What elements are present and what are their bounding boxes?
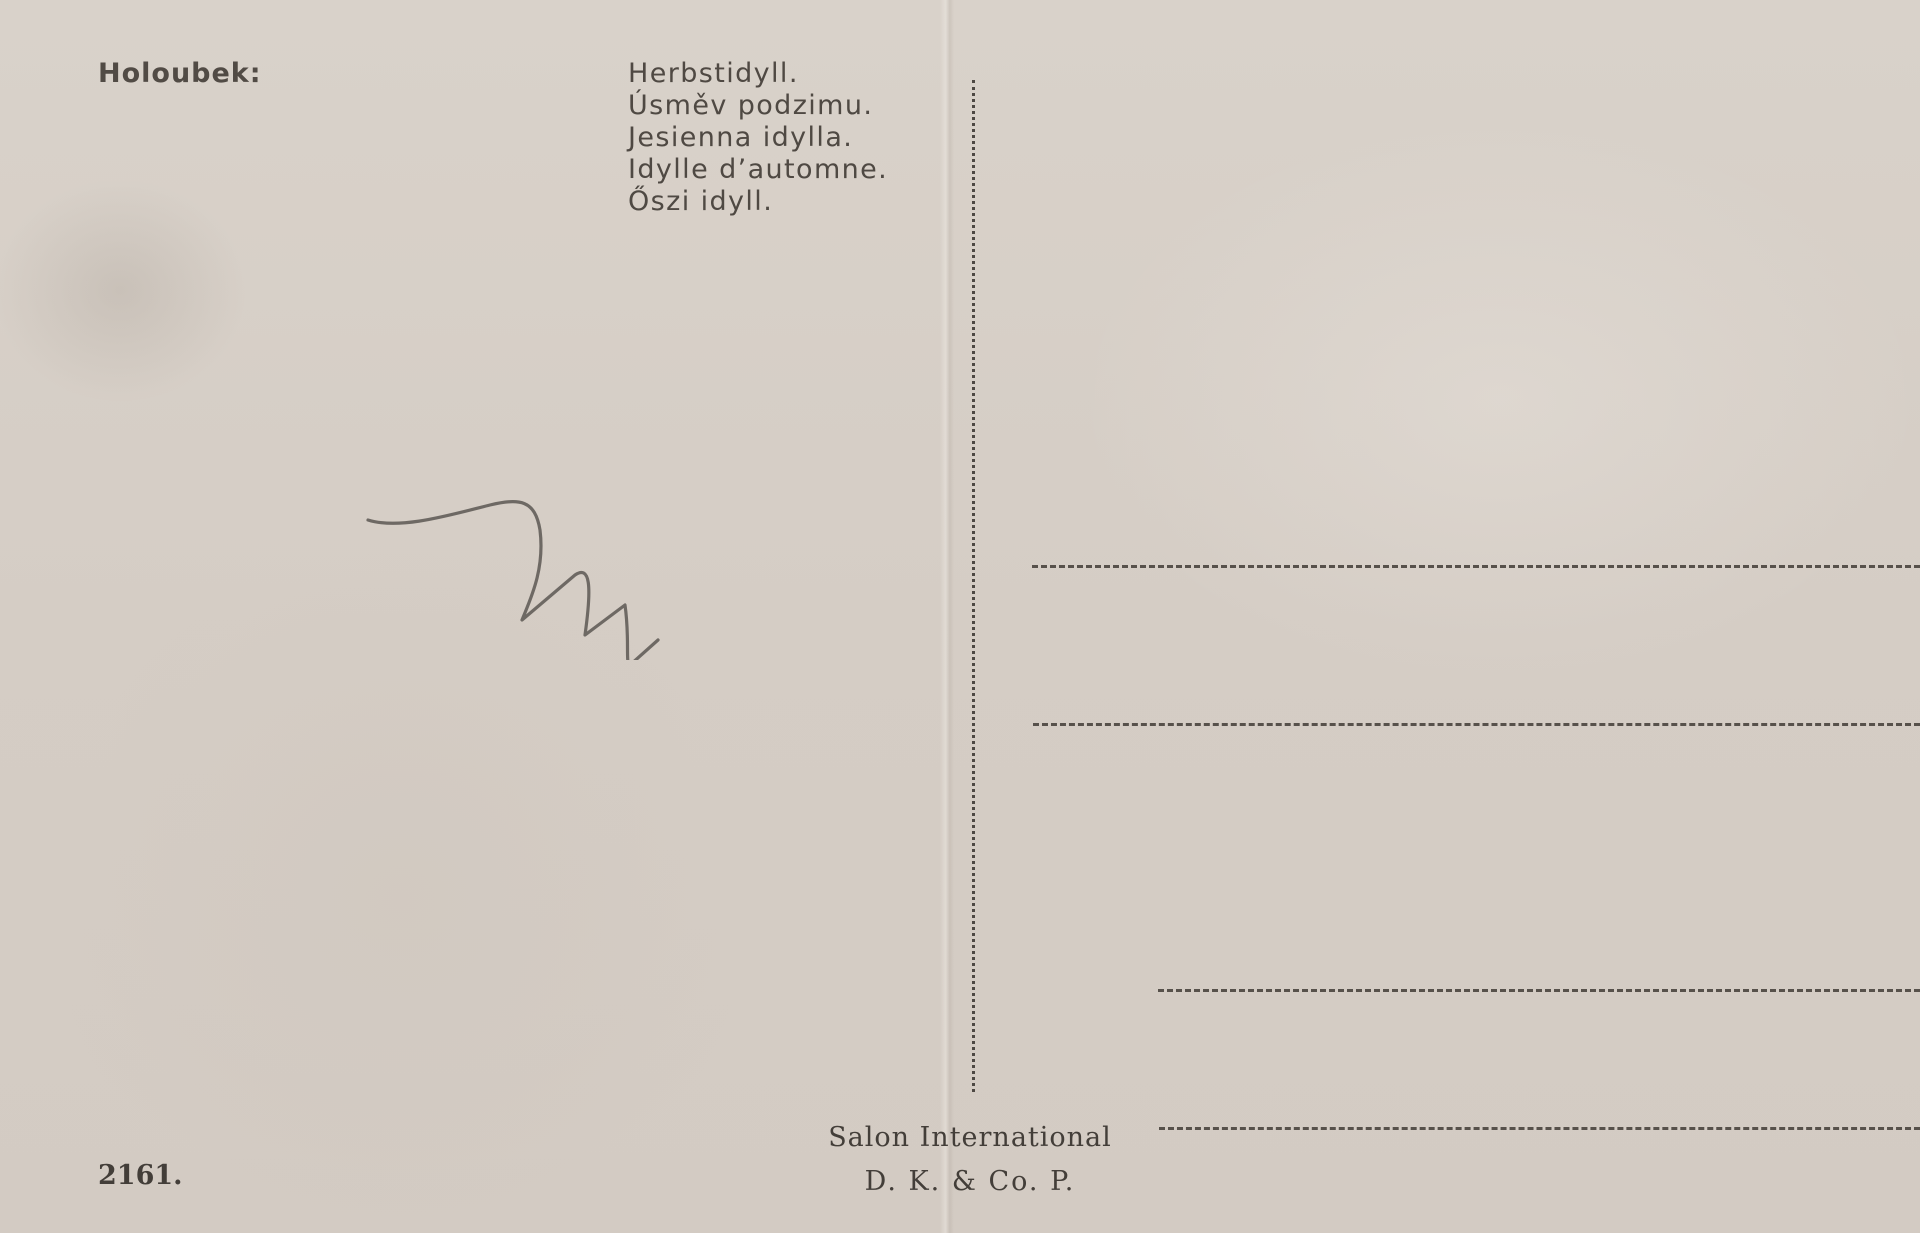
publisher-imprint: Salon International D. K. & Co. P. bbox=[800, 1116, 1140, 1204]
pencil-scribble-icon bbox=[360, 490, 660, 660]
address-line-4 bbox=[1159, 1127, 1920, 1130]
card-number: 2161. bbox=[98, 1160, 183, 1191]
fold-crease bbox=[940, 0, 954, 1233]
postcard-back: Holoubek: Herbstidyll. Úsměv podzimu. Je… bbox=[0, 0, 1920, 1233]
address-line-1 bbox=[1032, 565, 1920, 568]
title-german: Herbstidyll. bbox=[628, 58, 888, 90]
title-list: Herbstidyll. Úsměv podzimu. Jesienna idy… bbox=[628, 58, 888, 218]
title-hungarian: Őszi idyll. bbox=[628, 186, 888, 218]
publisher-firm: D. K. & Co. P. bbox=[800, 1160, 1140, 1204]
title-polish: Jesienna idylla. bbox=[628, 122, 888, 154]
title-czech: Úsměv podzimu. bbox=[628, 90, 888, 122]
address-divider-line bbox=[972, 80, 975, 1092]
title-french: Idylle d’automne. bbox=[628, 154, 888, 186]
address-line-2 bbox=[1033, 723, 1920, 726]
publisher-name: Salon International bbox=[800, 1116, 1140, 1160]
address-line-3 bbox=[1158, 989, 1920, 992]
artist-label: Holoubek: bbox=[98, 58, 262, 89]
